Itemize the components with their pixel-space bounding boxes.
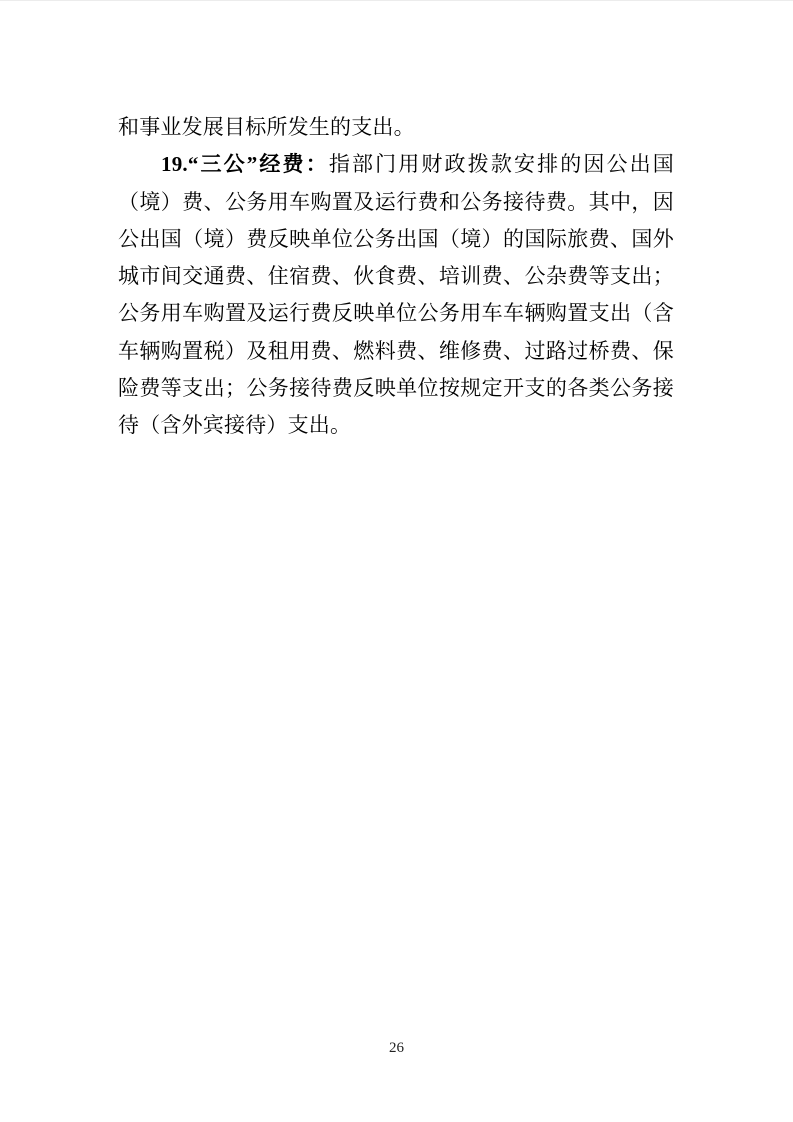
text-line: 车辆购置税）及租用费、燃料费、维修费、过路过桥费、保 <box>118 333 674 370</box>
text-line: 险费等支出；公务接待费反映单位按规定开支的各类公务接 <box>118 370 674 407</box>
text-line: 公务用车购置及运行费反映单位公务用车车辆购置支出（含 <box>118 295 674 332</box>
document-page: 和事业发展目标所发生的支出。 19.“三公”经费：指部门用财政拨款安排的因公出国… <box>0 0 793 1122</box>
text-line-item-19-start: 19.“三公”经费：指部门用财政拨款安排的因公出国 <box>118 146 674 183</box>
text-line: 公出国（境）费反映单位公务出国（境）的国际旅费、国外 <box>118 221 674 258</box>
item-19-heading: 19.“三公”经费： <box>161 152 329 176</box>
text-line: 城市间交通费、住宿费、伙食费、培训费、公杂费等支出； <box>118 258 674 295</box>
text-line-paragraph-end: 和事业发展目标所发生的支出。 <box>118 109 674 146</box>
text-block: 和事业发展目标所发生的支出。 19.“三公”经费：指部门用财政拨款安排的因公出国… <box>118 109 674 445</box>
text-line-paragraph-last: 待（含外宾接待）支出。 <box>118 407 674 444</box>
page-number: 26 <box>0 1040 793 1057</box>
text-line: （境）费、公务用车购置及运行费和公务接待费。其中，因 <box>118 184 674 221</box>
item-19-body-start: 指部门用财政拨款安排的因公出国 <box>329 152 674 176</box>
